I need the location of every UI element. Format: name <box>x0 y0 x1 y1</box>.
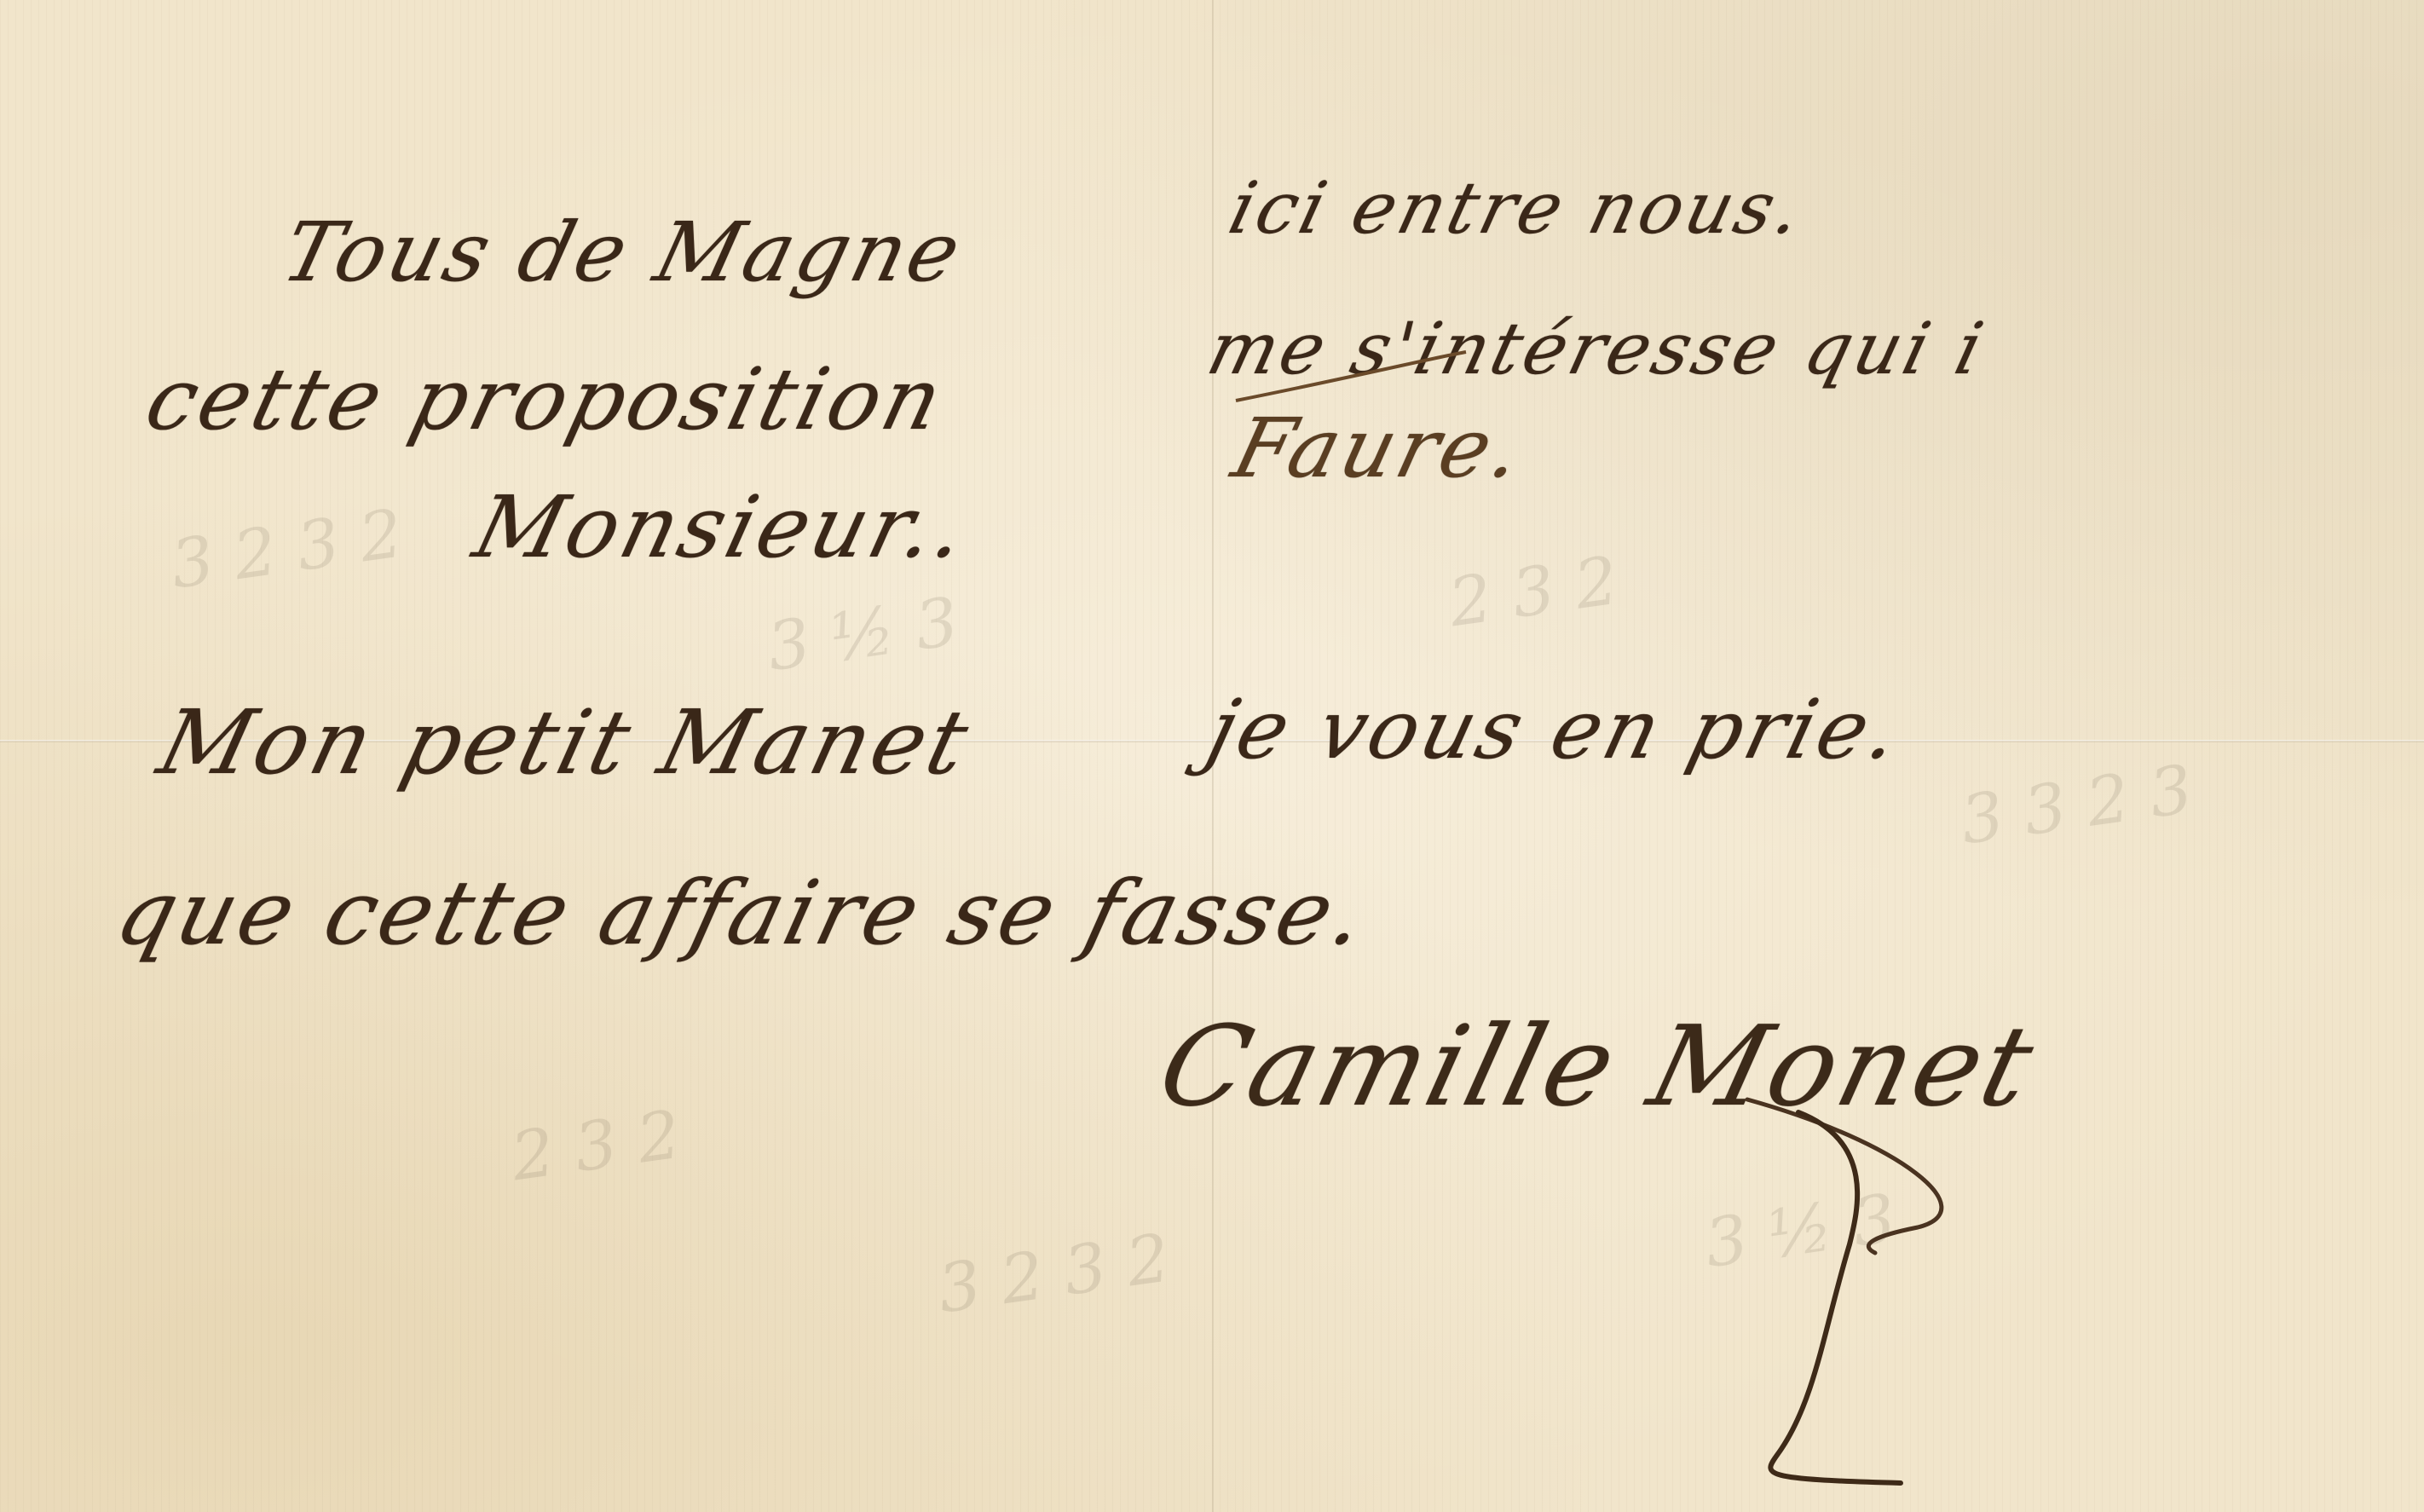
bleed-through-text: 3 ½ 3 <box>763 584 963 686</box>
signature: Camille Monet <box>1147 1001 2048 1131</box>
handwritten-line: je vous en prie. <box>1198 682 1912 777</box>
bleed-through-text: 2 3 2 <box>1445 543 1623 643</box>
bleed-through-text: 3 3 2 3 <box>1956 751 2197 859</box>
handwritten-line: me s'intéresse qui i <box>1200 307 1994 390</box>
bleed-through-text: 3 ½ 3 <box>1700 1180 1901 1283</box>
bleed-through-text: 2 3 2 <box>507 1097 685 1197</box>
bleed-through-text: 3 2 3 2 <box>166 495 407 603</box>
handwritten-line: Tous de Magne <box>274 205 972 300</box>
bleed-through-text: 3 2 3 2 <box>933 1220 1174 1328</box>
letter-sheet: 3 2 3 2 3 ½ 3 2 3 2 3 3 2 3 2 3 2 3 2 3 … <box>0 0 2424 1512</box>
handwritten-line: cette proposition <box>136 349 955 449</box>
handwritten-line: ici entre nous. <box>1221 166 1814 250</box>
handwritten-line: Mon petit Manet <box>149 690 981 794</box>
handwritten-line: Faure. <box>1224 401 1534 496</box>
handwritten-line: Monsieur.. <box>465 477 978 577</box>
handwritten-line: que cette affaire se fasse. <box>107 861 1379 965</box>
